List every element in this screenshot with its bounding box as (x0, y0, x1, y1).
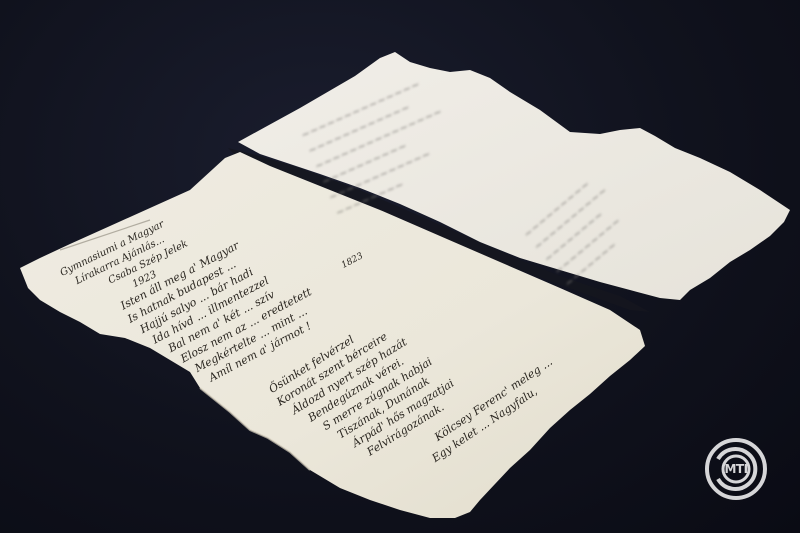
mti-label: MTI (704, 437, 768, 501)
mti-watermark: MTI (704, 437, 768, 501)
photo-scene: ~~~~~~~~~~~~~~ ~~~~~~~~~~~~ ~~~~~~~~~~~~… (0, 0, 800, 533)
